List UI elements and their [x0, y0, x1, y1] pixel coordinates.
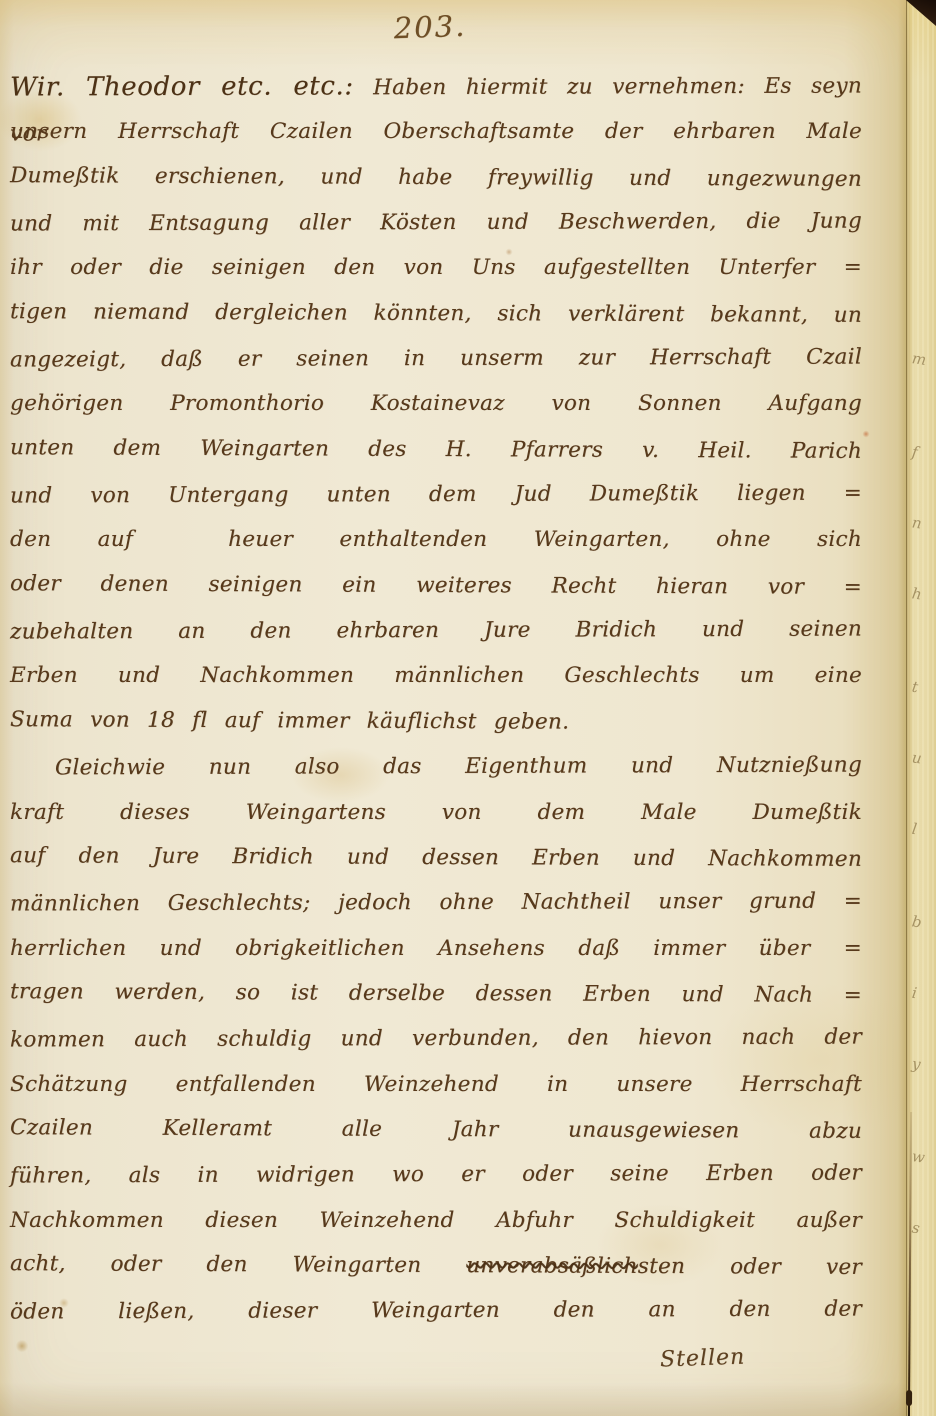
manuscript-line: kommen auch schuldig und verbunden, den …: [10, 1015, 862, 1063]
next-page-fragment: b: [911, 912, 923, 931]
next-page-fragment: n: [911, 513, 923, 532]
manuscript-line: Wir. Theodor etc. etc.: Haben hiermit zu…: [10, 63, 862, 111]
manuscript-line: den aufheuer enthaltenden Weingarten, oh…: [10, 517, 862, 562]
manuscript-line: unten dem Weingarten des H. Pfarrers v. …: [10, 425, 862, 474]
manuscript-line: Schätzung entfallenden Weinzehend in uns…: [10, 1062, 862, 1107]
manuscript-line: kraft dieses Weingartens von dem Male Du…: [10, 790, 862, 835]
manuscript-line: führen, als in widrigen wo er oder seine…: [10, 1151, 862, 1199]
next-page-fragment: u: [911, 748, 923, 767]
manuscript-line: tigen niemand dergleichen könnten, sich …: [10, 289, 862, 338]
manuscript-line: Nachkommen diesen Weinzehend Abfuhr Schu…: [10, 1198, 862, 1243]
manuscript-line: Dumeßtik erschienen, und habe freywillig…: [10, 153, 862, 202]
next-page-fragment: m: [911, 349, 928, 369]
next-page-fragment: i: [911, 984, 918, 1002]
manuscript-line: herrlichen und obrigkeitlichen Ansehens …: [10, 926, 862, 971]
manuscript-line: gehörigen Promonthorio Kostainevaz von S…: [10, 381, 862, 426]
next-page-fragment: t: [911, 678, 919, 697]
manuscript-line: öden ließen, dieser Weingarten den an de…: [10, 1287, 862, 1335]
manuscript-line: zubehalten an den ehrbaren Jure Bridich …: [10, 607, 862, 655]
manuscript-line: Erben und Nachkommen männlichen Geschlec…: [10, 653, 862, 698]
manuscript-line: oder denen seinigen ein weiteres Recht h…: [10, 561, 862, 610]
catchword: Stellen: [660, 1345, 746, 1373]
manuscript-line: Suma von 18 fl auf immer käuflichst gebe…: [10, 697, 862, 746]
next-page-fragment: f: [911, 443, 919, 462]
manuscript-line: ihr oder die seinigen den von Uns aufges…: [10, 245, 862, 290]
manuscript-text: Wir. Theodor etc. etc.: Haben hiermit zu…: [10, 64, 862, 1334]
manuscript-line: Czailen Kelleramt alle Jahr unausgewiese…: [10, 1105, 862, 1154]
next-page-fragment: s: [911, 1219, 921, 1238]
manuscript-line: und mit Entsagung aller Kösten und Besch…: [10, 199, 862, 247]
next-page-fragment: h: [911, 584, 923, 603]
next-page-fragment: l: [911, 820, 918, 838]
manuscript-line: angezeigt, daß er seinen in unserm zur H…: [10, 335, 862, 383]
manuscript-page: 203. Wir. Theodor etc. etc.: Haben hierm…: [0, 0, 907, 1416]
next-page-fragment: w: [911, 1147, 926, 1167]
manuscript-line: auf den Jure Bridich und dessen Erben un…: [10, 833, 862, 882]
manuscript-line: Gleichwie nun also das Eigenthum und Nut…: [10, 743, 862, 791]
manuscript-line: acht, oder den Weingarten unverabsäßlich…: [10, 1241, 862, 1290]
next-page-fragment: y: [911, 1054, 922, 1073]
manuscript-line: und von Untergang unten dem Jud Dumeßtik…: [10, 471, 862, 519]
manuscript-line: männlichen Geschlechts; jedoch ohne Nach…: [10, 879, 862, 927]
page-number: 203.: [0, 0, 860, 59]
manuscript-line: unsern Herrschaft Czailen Oberschaftsamt…: [10, 109, 862, 154]
manuscript-line: tragen werden, so ist derselbe dessen Er…: [10, 969, 862, 1018]
